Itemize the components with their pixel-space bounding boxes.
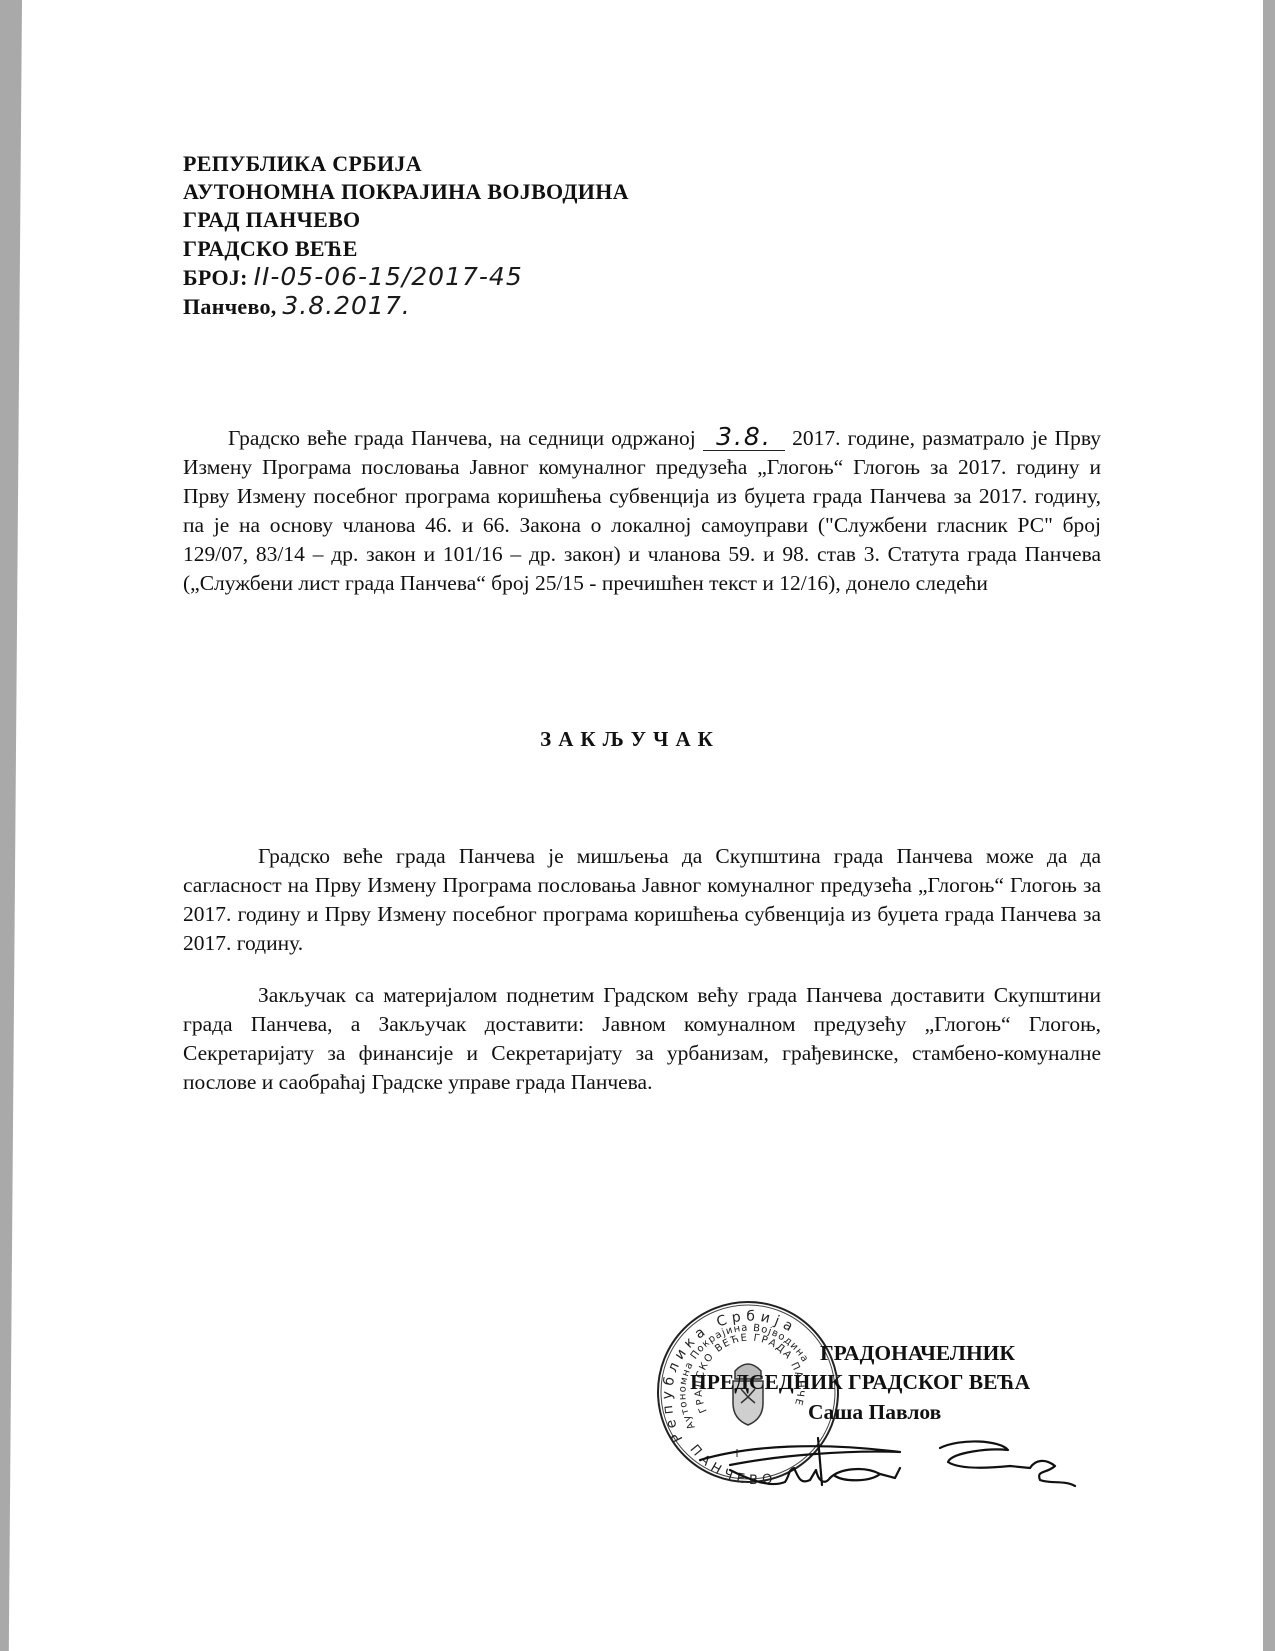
signatory-name: Саша Павлов bbox=[808, 1400, 941, 1425]
conclusion-paragraph: Градско веће града Панчева је мишљења да… bbox=[183, 842, 1101, 958]
document-number: БРОЈ: II-05-06-15/2017-45 bbox=[183, 263, 629, 292]
delivery-text: Закључак са материјалом поднетим Градско… bbox=[183, 981, 1101, 1097]
header-line-city: ГРАД ПАНЧЕВО bbox=[183, 206, 629, 234]
document-place-date: Панчево, 3.8.2017. bbox=[183, 292, 629, 321]
session-date-blank: 3.8. bbox=[703, 425, 785, 451]
delivery-paragraph: Закључак са материјалом поднетим Градско… bbox=[183, 981, 1101, 1097]
scan-edge-left bbox=[0, 0, 22, 1651]
header-line-council: ГРАДСКО ВЕЋЕ bbox=[183, 235, 629, 263]
session-date-handwritten: 3.8. bbox=[716, 422, 772, 451]
signatory-title-mayor: ГРАДОНАЧЕЛНИК bbox=[820, 1341, 1015, 1366]
header-line-province: АУТОНОМНА ПОКРАЈИНА ВОЈВОДИНА bbox=[183, 178, 629, 206]
preamble-paragraph: Градско веће града Панчева, на седници о… bbox=[183, 424, 1101, 598]
signatory-title-president: ПРЕДСЕДНИК ГРАДСКОГ ВЕЋА bbox=[690, 1370, 1030, 1395]
date-value-handwritten: 3.8.2017. bbox=[282, 291, 410, 320]
number-label: БРОЈ: bbox=[183, 265, 248, 290]
conclusion-text: Градско веће града Панчева је мишљења да… bbox=[183, 842, 1101, 958]
place-label: Панчево, bbox=[183, 294, 277, 319]
number-value-handwritten: II-05-06-15/2017-45 bbox=[254, 262, 523, 291]
header-line-country: РЕПУБЛИКА СРБИЈА bbox=[183, 150, 629, 178]
scan-edge-right bbox=[1263, 0, 1275, 1651]
handwritten-signature bbox=[690, 1430, 1090, 1500]
preamble-text-start: Градско веће града Панчева, на седници о… bbox=[228, 426, 703, 450]
document-title: ЗАКЉУЧАК bbox=[0, 727, 1260, 752]
document-header: РЕПУБЛИКА СРБИЈА АУТОНОМНА ПОКРАЈИНА ВОЈ… bbox=[183, 150, 629, 321]
preamble-text-end: 2017. године, разматрало је Прву Измену … bbox=[183, 426, 1101, 595]
